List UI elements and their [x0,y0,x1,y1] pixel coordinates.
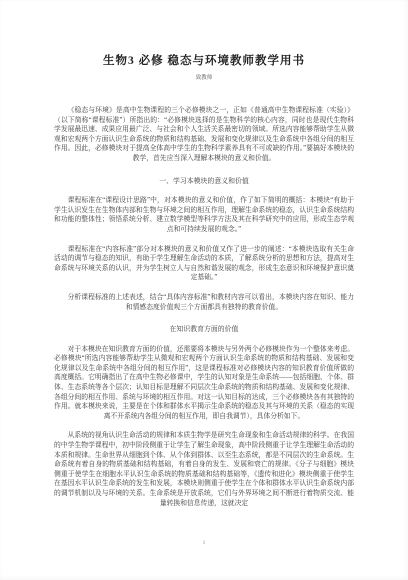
paragraph-knowledge-value: 对于本模块在知识教育方面的价值，还需要将本模块与另外两个必修模块作为一个整体来考… [54,345,354,422]
paragraph-intro: 《稳态与环境》是高中生物课程的三个必修模块之一，正如《普通高中生物课程标准（实验… [54,106,354,164]
page-title: 生物3 必修 稳态与环境教师教学用书 [54,54,354,68]
document-page: 生物3 必修 稳态与环境教师教学用书 致教师 《稳态与环境》是高中生物课程的三个… [0,0,408,580]
page-number: 1 [0,540,408,546]
paragraph-design-overview: 课程标准在“课程设计思路”中，对本模块的意义和价值，作了如下简明的概括：本模块“… [54,196,354,234]
section-heading: 一、学习本模块的意义和价值 [54,177,354,187]
page-subtitle: 致教师 [54,75,354,82]
subsection-heading: 在知识教育方面的价值 [54,325,354,335]
paragraph-content-standard: 课程标准在“内容标准”部分对本模块的意义和价值又作了进一步的阐述：“本模块选取有… [54,245,354,283]
paragraph-analysis: 分析课程标准的上述表述，结合“具体内容标准”和教材内容可以看出，本模块内容在知识… [54,293,354,312]
document-content: 生物3 必修 稳态与环境教师教学用书 致教师 《稳态与环境》是高中生物课程的三个… [0,0,408,580]
paragraph-system-view: 从系统的视角认识生命活动的规律和本质生物学是研究生命现象和生命活动规律的科学。在… [54,431,354,508]
